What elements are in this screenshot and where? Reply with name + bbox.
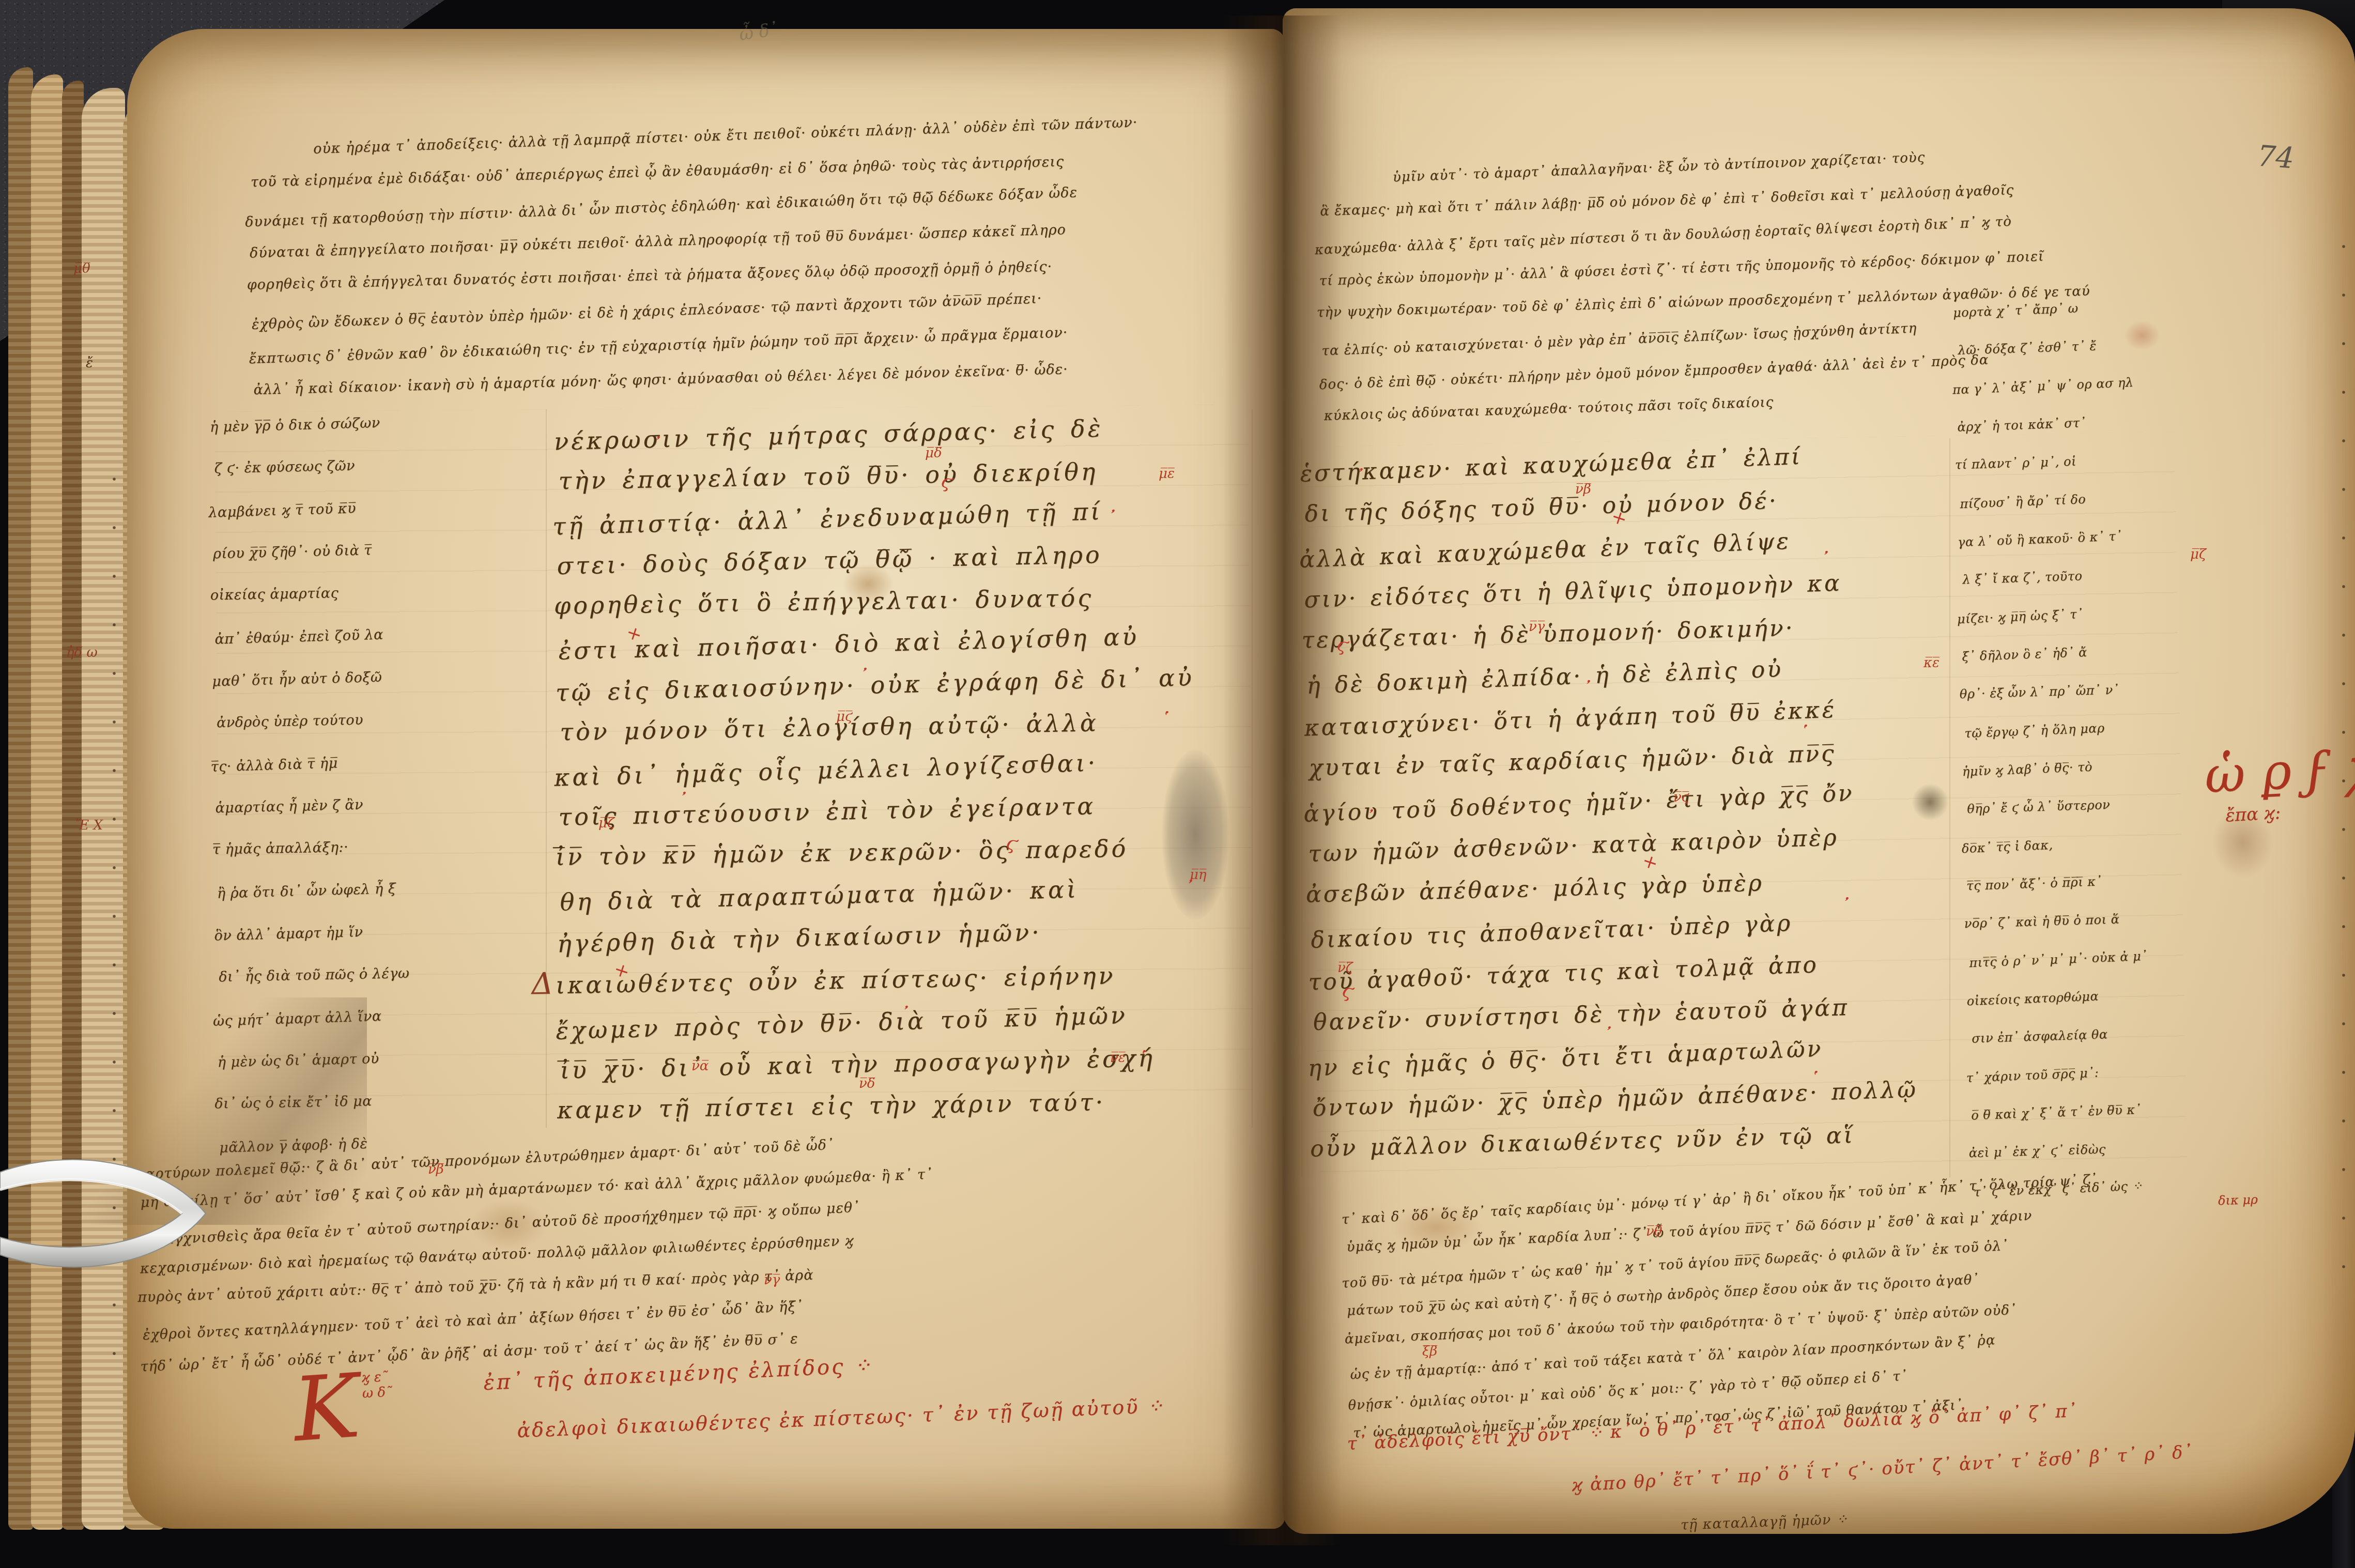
text-line: μ̅δ̅	[925, 445, 942, 461]
clip-icon	[0, 1132, 217, 1318]
text-line: ἠ̅δ̅ ω	[66, 645, 98, 660]
left-side-commentary: ἡ μὲν γ̅ρ̅ ὁ δικ ὁ σώζωνζ ϛ· ἐκ φύσεως ζ…	[208, 401, 545, 1166]
text-line: ν̅γ̅	[1529, 619, 1545, 635]
chapter-initial-sidenote: ϗ ε῀ ω δ῀	[361, 1369, 392, 1402]
text-line: μ̅θ̅	[73, 261, 90, 276]
text-line: ἡ μὲν ὡς δι᾽ ἁμαρτ οὐ	[217, 1034, 549, 1084]
text-line: ἀρχ᾽ ἡ τοι κἀκ᾽ στ᾽	[1957, 400, 2185, 446]
text-line: ν̅θ̅	[1646, 1224, 1662, 1239]
right-margin-note: δικ μρ	[2218, 1192, 2258, 1208]
right-side-commentary: μορτὰ χ᾽ τ᾽ ἄπρ᾽ ωλῶ· δόξα ζ᾽ ἐσθ᾽ τ᾽ ἔπ…	[1950, 287, 2196, 1209]
right-main-biblical-text: ἑστήκαμεν· καὶ καυχώμεθα ἐπ᾽ ἐλπίδι τῆς …	[1298, 437, 1956, 1168]
text-line: μαθ᾽ ὅτι ἦν αὐτ ὁ δοξῶ	[211, 652, 543, 703]
text-line: ἡ μὲν γ̅ρ̅ ὁ δικ ὁ σώζων	[209, 397, 541, 449]
manuscript-photo: οὐκ ἠρέμα τ᾽ ἀποδείξεις· ἀλλὰ τῇ λαμπρᾷ …	[0, 0, 2355, 1568]
text-line: ν̅α̅	[691, 1058, 709, 1074]
text-line: μ̅ζ̅	[2190, 547, 2206, 562]
folio-number: 74	[2256, 140, 2296, 176]
text-line: ν̅γ̅	[764, 1272, 780, 1288]
text-line: ἁμαρτίας ἦ μὲν ζ ἂν	[214, 779, 546, 829]
text-line: οἰκείας ἁμαρτίας	[210, 568, 541, 617]
text-line: μ̅ζ̅	[598, 816, 614, 831]
text-line: ν̅ε̅	[1110, 1050, 1126, 1066]
text-line: ν̅ϛ̅	[1673, 790, 1689, 805]
text-line: τ̅ ἡμᾶς ἀπαλλάξη:·	[212, 823, 543, 871]
text-line: ν̅ζ̅	[1337, 960, 1353, 976]
text-line: μ̅ε̅	[1159, 466, 1175, 482]
text-line: ἔ	[86, 356, 93, 371]
text-line: ο̅ θ̅ καὶ χ᾽ ξ᾽ ἅ τ᾽ ἐν θ̅υ̅ κ᾽	[1971, 1088, 2199, 1134]
text-line: ὃν ἀλλ᾽ ἁμαρτ ἡμ ἵν	[214, 906, 546, 957]
right-margin-red-ornament: ὡ ϼ ϝ ꭓ ἔπα ϗ:	[2204, 746, 2355, 838]
text-line: τ̅ς̅ πον᾽ ἄξ᾽· ὁ π̅ρ̅ι̅ κ᾽	[1966, 859, 2194, 905]
text-line: ν̅β̅	[1575, 482, 1591, 497]
right-bottom-commentary: τ᾽ καὶ δ᾽ ὅδ᾽ ὅς ἔρ᾽ ταῖς καρδίαις ὑμ᾽· …	[1338, 1163, 2287, 1443]
left-bottom-commentary: μαρτύρων πολεμεῖ θ̅ῷ̅:· ζ ἃ δι᾽ αὐτ᾽ τῶν…	[133, 1121, 1265, 1373]
text-line: κ̅ε̅	[1923, 655, 1940, 671]
text-line: ξ̅β̅	[1422, 1344, 1437, 1359]
text-line: μ̅ϛ̅	[836, 709, 852, 725]
page-holder-clip	[0, 1132, 217, 1318]
text-line: ρίου χ̅υ̅ ζῆθ᾽· οὐ διὰ τ̅	[212, 525, 544, 575]
text-line: ν̅β̅	[428, 1162, 444, 1177]
text-line: ξ᾽ δῆλον ὃ ε᾽ ἡδ᾽ ἄ	[1961, 629, 2190, 675]
chapter-initial: Κ	[290, 1362, 362, 1454]
text-line: δι᾽ ὡς ὁ εἰκ ἔτ᾽ ἰδ μα	[214, 1077, 546, 1125]
text-line: ν̅δ̅	[859, 1076, 875, 1092]
left-top-commentary: οὐκ ἠρέμα τ᾽ ἀποδείξεις· ἀλλὰ τῇ λαμπρᾷ …	[243, 111, 1244, 402]
text-line: Ἔ Χ	[75, 818, 103, 833]
